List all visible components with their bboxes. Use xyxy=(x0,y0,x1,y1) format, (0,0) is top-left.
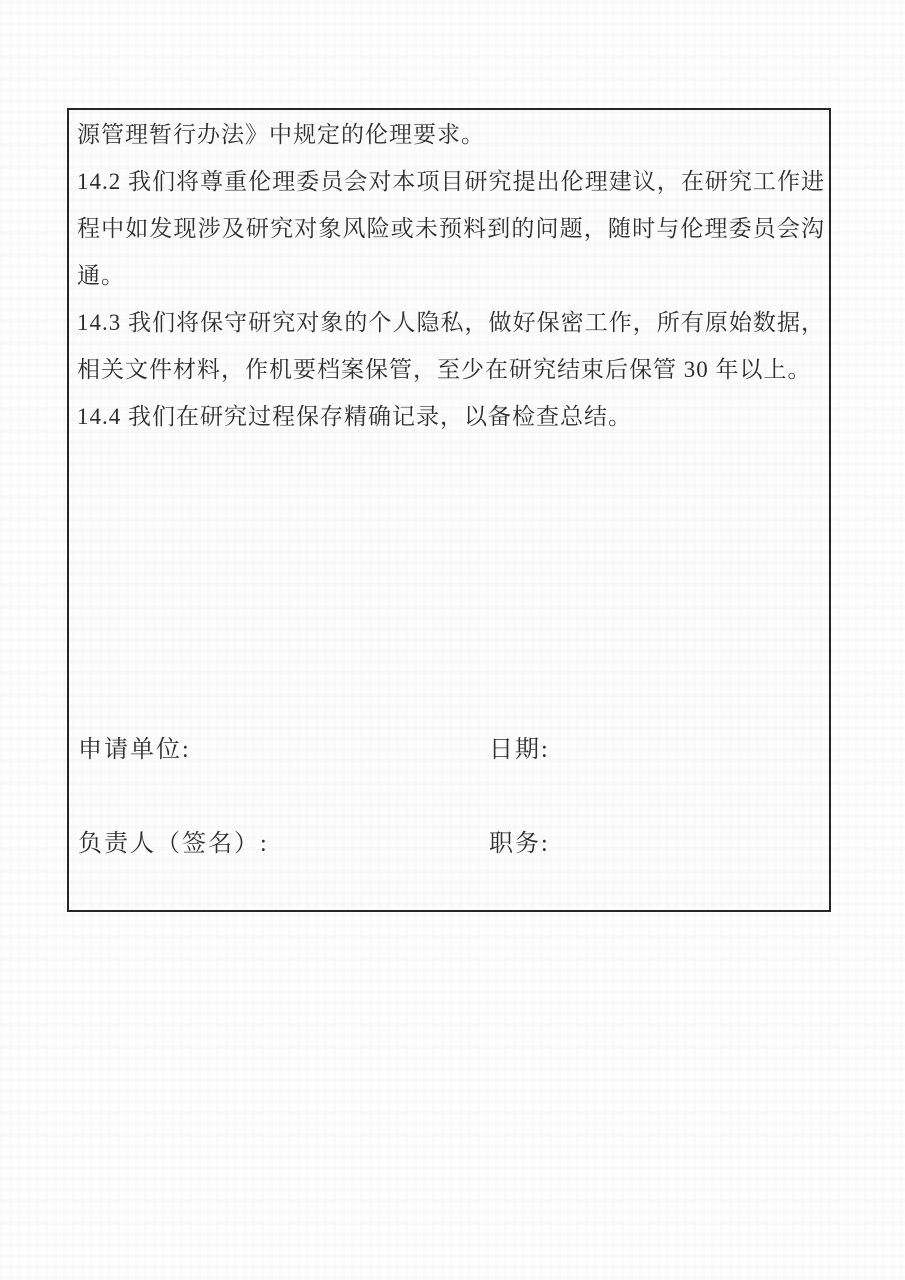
responsible-person-signature-label: 负责人（签名）: xyxy=(78,832,269,856)
form-border-box: 源管理暂行办法》中规定的伦理要求。 14.2 我们将尊重伦理委员会对本项目研究提… xyxy=(67,108,831,912)
paragraph-14-2: 14.2 我们将尊重伦理委员会对本项目研究提出伦理建议，在研究工作进程中如发现涉… xyxy=(77,158,825,299)
paragraph-14-4: 14.4 我们在研究过程保存精确记录，以备检查总结。 xyxy=(77,393,825,440)
date-label: 日期: xyxy=(489,738,550,762)
paragraph-continuation: 源管理暂行办法》中规定的伦理要求。 xyxy=(77,111,825,158)
body-text-block: 源管理暂行办法》中规定的伦理要求。 14.2 我们将尊重伦理委员会对本项目研究提… xyxy=(77,111,825,440)
position-label: 职务: xyxy=(489,832,550,856)
paragraph-14-3: 14.3 我们将保守研究对象的个人隐私，做好保密工作，所有原始数据，相关文件材料… xyxy=(77,299,825,393)
document-page: 源管理暂行办法》中规定的伦理要求。 14.2 我们将尊重伦理委员会对本项目研究提… xyxy=(0,0,905,1280)
applicant-unit-label: 申请单位: xyxy=(78,738,191,762)
